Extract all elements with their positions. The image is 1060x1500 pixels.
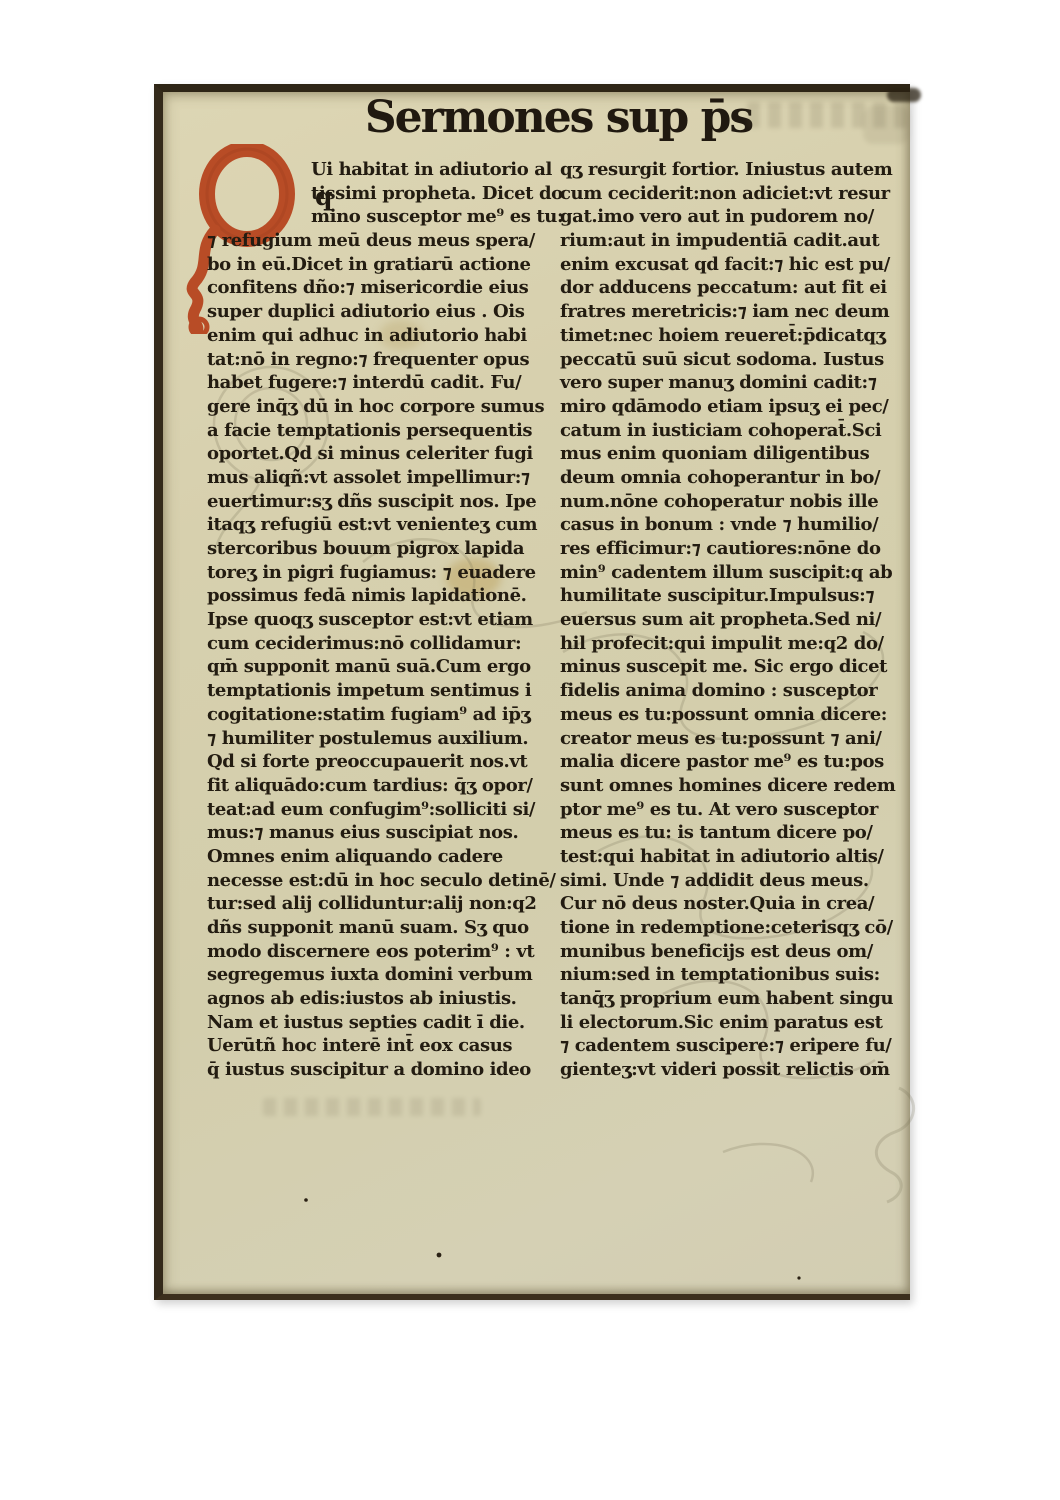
text-line: Omnes enim aliquando cadere bbox=[207, 845, 559, 869]
text-line: tissimi propheta. Dicet do bbox=[207, 182, 559, 206]
text-line: gienteʒ:vt videri possit relictis om̄ bbox=[560, 1058, 912, 1082]
ink-smudge bbox=[887, 88, 921, 102]
text-line: qʒ resurgit fortior. Iniustus autem bbox=[560, 158, 912, 182]
text-line: a facie temptationis persequentis bbox=[207, 419, 559, 443]
text-line: oportet.Qd si minus celeriter fugi bbox=[207, 442, 559, 466]
text-line: tione in redemptione:ceterisqʒ cō/ bbox=[560, 916, 912, 940]
text-line: qm̄ supponit manū suā.Cum ergo bbox=[207, 655, 559, 679]
text-line: timet:nec hoiem reueret̄:p̄dicatqʒ bbox=[560, 324, 912, 348]
text-line: li electorum.Sic enim paratus est bbox=[560, 1011, 912, 1035]
text-line: Ipse quoqʒ susceptor est:vt etiam bbox=[207, 608, 559, 632]
scanned-book-photo: Sermones sup p̄s bbox=[0, 0, 1060, 1500]
text-line: enim qui adhuc in adiutorio habi bbox=[207, 324, 559, 348]
text-line: stercoribus bouum pigrox lapida bbox=[207, 537, 559, 561]
text-line: gat.imo vero aut in pudorem no/ bbox=[560, 205, 912, 229]
text-line: meus es tu: is tantum dicere po/ bbox=[560, 821, 912, 845]
text-line: mino susceptor me⁹ es tu: bbox=[207, 205, 559, 229]
text-line: mus enim quoniam diligentibus bbox=[560, 442, 912, 466]
text-line: Uerūtñ hoc interē int̄ eox casus bbox=[207, 1034, 559, 1058]
text-line: tur:sed alij colliduntur:alij non:q2 bbox=[207, 892, 559, 916]
text-line: fidelis anima domino : susceptor bbox=[560, 679, 912, 703]
text-line: q̄ iustus suscipitur a domino ideo bbox=[207, 1058, 559, 1082]
text-line: possimus fedā nimis lapidationē. bbox=[207, 584, 559, 608]
text-line: hil profecit:qui impulit me:q2 do/ bbox=[560, 632, 912, 656]
text-line: itaqʒ refugiū est:vt venienteʒ cum bbox=[207, 513, 559, 537]
text-line: miro qdāmodo etiam ipsuʒ ei pec/ bbox=[560, 395, 912, 419]
text-line: malia dicere pastor me⁹ es tu:pos bbox=[560, 750, 912, 774]
text-line: ⁊ humiliter postulemus auxilium. bbox=[207, 727, 559, 751]
text-line: Ui habitat in adiutorio al bbox=[207, 158, 559, 182]
text-line: peccatū suū sicut sodoma. Iustus bbox=[560, 348, 912, 372]
text-line: ⁊ refugium meū deus meus spera/ bbox=[207, 229, 559, 253]
text-line: super duplici adiutorio eius . Ois bbox=[207, 300, 559, 324]
text-line: euersus sum ait propheta.Sed ni/ bbox=[560, 608, 912, 632]
text-line: humilitate suscipitur.Impulsus:⁊ bbox=[560, 584, 912, 608]
text-line: mus aliqñ:vt assolet impellimur:⁊ bbox=[207, 466, 559, 490]
text-line: mus:⁊ manus eius suscipiat nos. bbox=[207, 821, 559, 845]
text-line: dor adducens peccatum: aut fit ei bbox=[560, 276, 912, 300]
text-line: segregemus iuxta domini verbum bbox=[207, 963, 559, 987]
text-line: toreʒ in pigri fugiamus: ⁊ euadere bbox=[207, 561, 559, 585]
text-line: euertimur:sʒ dñs suscipit nos. Ipe bbox=[207, 490, 559, 514]
text-line: enim excusat qd facit:⁊ hic est pu/ bbox=[560, 253, 912, 277]
text-line: Cur nō deus noster.Quia in crea/ bbox=[560, 892, 912, 916]
text-line: ptor me⁹ es tu. At vero susceptor bbox=[560, 798, 912, 822]
text-line: cum ceciderimus:nō collidamur: bbox=[207, 632, 559, 656]
text-line: habet fugere:⁊ interdū cadit. Fu/ bbox=[207, 371, 559, 395]
ghost-showthrough-mark bbox=[863, 106, 909, 144]
text-line: test:qui habitat in adiutorio altis/ bbox=[560, 845, 912, 869]
text-line: munibus beneficijs est deus om/ bbox=[560, 940, 912, 964]
text-line: agnos ab edis:iustos ab iniustis. bbox=[207, 987, 559, 1011]
text-line: res efficimur:⁊ cautiores:nōne do bbox=[560, 537, 912, 561]
text-line: simi. Unde ⁊ addidit deus meus. bbox=[560, 869, 912, 893]
text-line: cum ceciderit:non adiciet:vt resur bbox=[560, 182, 912, 206]
text-line: meus es tu:possunt omnia dicere: bbox=[560, 703, 912, 727]
text-line: ⁊ cadentem suscipere:⁊ eripere fu/ bbox=[560, 1034, 912, 1058]
text-line: cogitatione:statim fugiam⁹ ad ip̄ʒ bbox=[207, 703, 559, 727]
text-line: confitens dño:⁊ misericordie eius bbox=[207, 276, 559, 300]
text-line: min⁹ cadentem illum suscipit:q ab bbox=[560, 561, 912, 585]
text-line: minus suscepit me. Sic ergo dicet bbox=[560, 655, 912, 679]
text-line: vero super manuʒ domini cadit:⁊ bbox=[560, 371, 912, 395]
text-line: deum omnia cohoperantur in bo/ bbox=[560, 466, 912, 490]
page-title: Sermones sup p̄s bbox=[365, 92, 752, 143]
text-line: tat:nō in regno:⁊ frequenter opus bbox=[207, 348, 559, 372]
text-line: tanq̄ʒ proprium eum habent singu bbox=[560, 987, 912, 1011]
ghost-showthrough-text bbox=[263, 1098, 481, 1116]
text-line: teat:ad eum confugim⁹:solliciti si/ bbox=[207, 798, 559, 822]
text-line: Qd si forte preoccupauerit nos.vt bbox=[207, 750, 559, 774]
text-line: modo discernere eos poterim⁹ : vt bbox=[207, 940, 559, 964]
text-line: Nam et iustus septies cadit ī die. bbox=[207, 1011, 559, 1035]
book-page: Sermones sup p̄s bbox=[154, 84, 910, 1300]
text-column-right: qʒ resurgit fortior. Iniustus autemcum c… bbox=[560, 158, 912, 1082]
text-line: gere inq̄ʒ dū in hoc corpore sumus bbox=[207, 395, 559, 419]
text-column-left: Ui habitat in adiutorio altissimi prophe… bbox=[207, 158, 559, 1082]
text-line: temptationis impetum sentimus i bbox=[207, 679, 559, 703]
text-line: necesse est:dū in hoc seculo detinē/ bbox=[207, 869, 559, 893]
text-line: creator meus es tu:possunt ⁊ ani/ bbox=[560, 727, 912, 751]
text-line: nium:sed in temptationibus suis: bbox=[560, 963, 912, 987]
text-line: catum in iusticiam cohoperat̄.Sci bbox=[560, 419, 912, 443]
text-line: fit aliquādo:cum tardius: q̄ʒ opor/ bbox=[207, 774, 559, 798]
text-line: dñs supponit manū suam. Sʒ quo bbox=[207, 916, 559, 940]
text-line: num.nōne cohoperatur nobis ille bbox=[560, 490, 912, 514]
text-line: sunt omnes homines dicere redem bbox=[560, 774, 912, 798]
text-line: bo in eū.Dicet in gratiarū actione bbox=[207, 253, 559, 277]
text-line: fratres meretricis:⁊ iam nec deum bbox=[560, 300, 912, 324]
text-line: casus in bonum : vnde ⁊ humilio/ bbox=[560, 513, 912, 537]
text-line: rium:aut in impudentiā cadit.aut bbox=[560, 229, 912, 253]
